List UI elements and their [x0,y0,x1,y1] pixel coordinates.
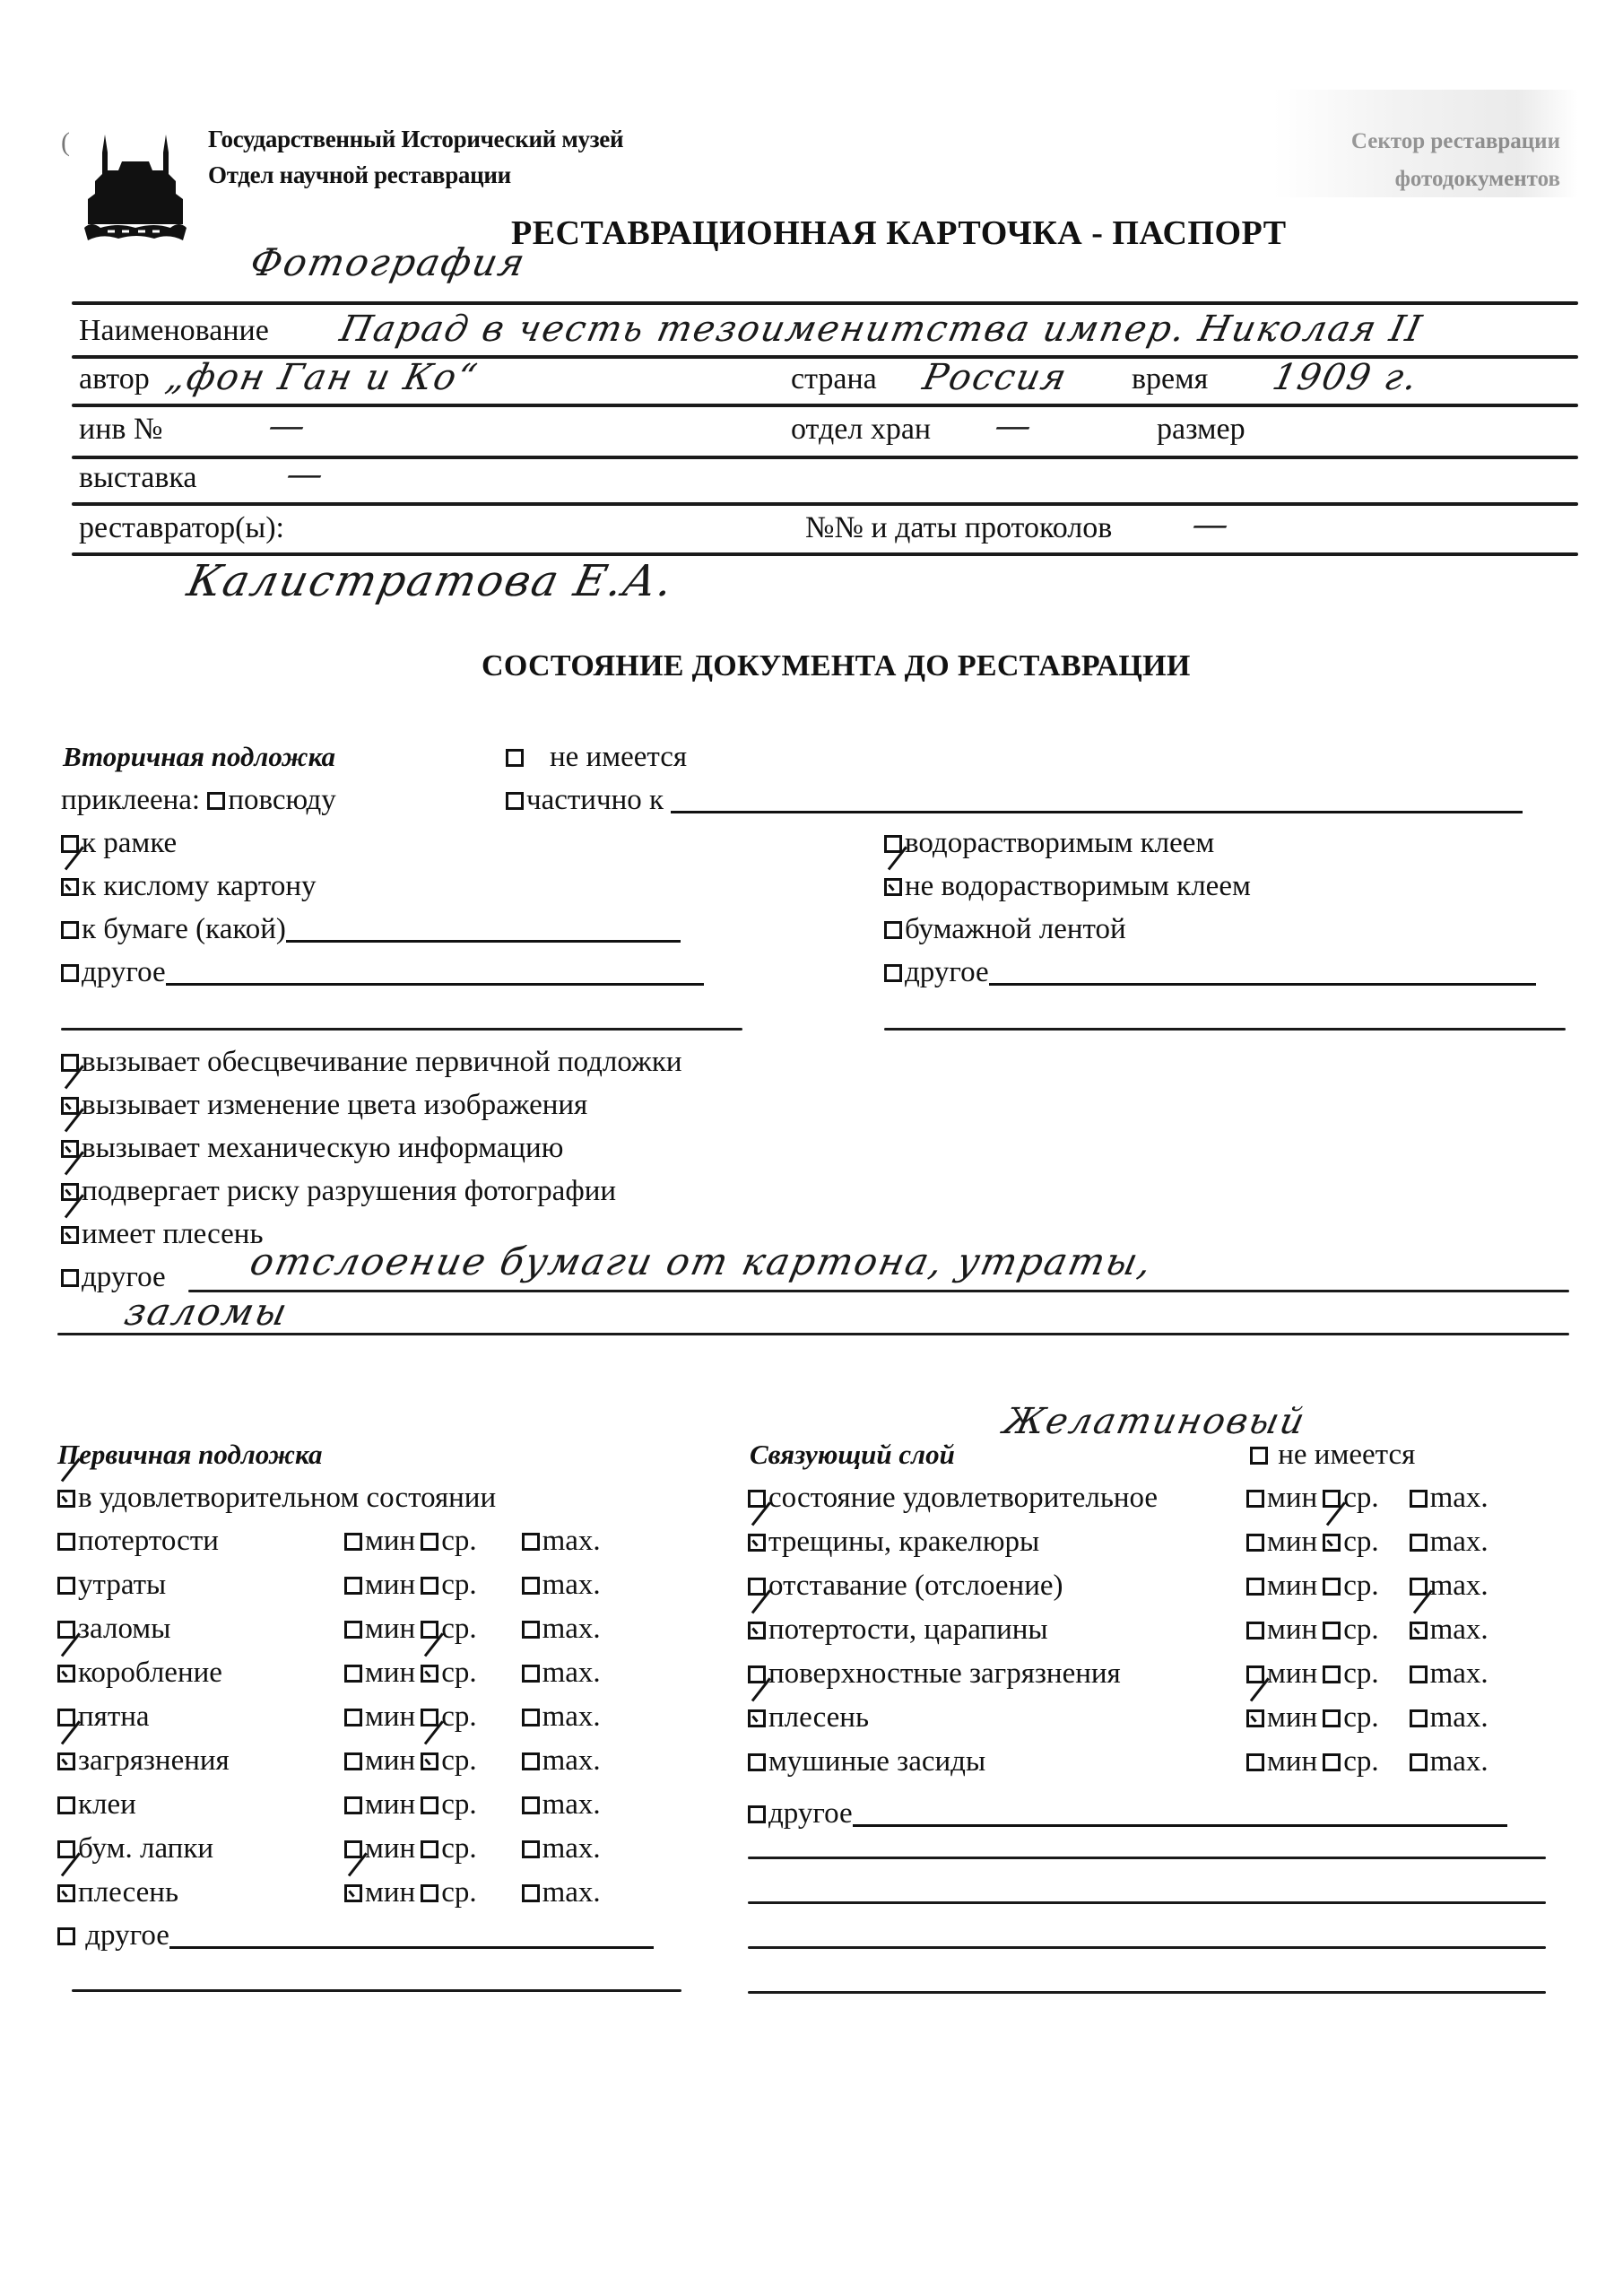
author-label: автор [79,362,150,396]
checkbox-label: клеи [78,1788,136,1822]
checkbox[interactable] [1323,1578,1341,1596]
checkbox-label: пятна [78,1700,150,1734]
severity-mid[interactable]: ср. [1323,1482,1378,1515]
primary-item-3[interactable]: коробление [57,1657,222,1690]
severity-max[interactable]: max. [522,1613,601,1646]
effect-2[interactable]: вызывает механическую информацию [61,1132,563,1165]
checkbox-label: к кислому картону [82,870,317,903]
checkbox[interactable] [1410,1709,1428,1727]
checkbox[interactable] [1246,1490,1264,1508]
text-field[interactable] [286,917,681,943]
severity-max[interactable]: max. [522,1657,601,1690]
severity-min[interactable]: мин [344,1876,415,1909]
secondary-not-present[interactable]: не имеется [506,741,687,774]
binder-item-5[interactable]: плесень [748,1701,869,1735]
author-field[interactable]: „фон Ган и Ко“ [162,357,482,398]
severity-min[interactable]: мин [1246,1482,1317,1515]
checkbox-label: коробление [78,1657,222,1690]
primary-item-5[interactable]: загрязнения [57,1744,230,1778]
effect-3[interactable]: подвергает риску разрушения фотографии [61,1175,616,1208]
restorer-field[interactable]: Калистратова Е.А. [183,556,679,606]
binder-other-field[interactable] [853,1801,1507,1827]
checkbox[interactable] [1323,1622,1341,1639]
text-field[interactable] [166,960,704,986]
checkbox[interactable] [57,1709,75,1726]
severity-min[interactable]: мин [344,1700,415,1734]
primary-mount-title: Первичная подложка [57,1439,322,1471]
checkbox[interactable] [748,1665,766,1683]
severity-levels: минср.max. [344,1525,601,1558]
binder-item-6[interactable]: мушиные засиды [748,1745,985,1779]
checkbox[interactable] [522,1840,540,1858]
severity-mid[interactable]: ср. [1323,1745,1378,1779]
margin-mark: ( [61,127,70,158]
severity-max[interactable]: max. [1410,1570,1488,1603]
severity-min[interactable]: мин [344,1832,415,1865]
severity-mid[interactable]: ср. [421,1613,476,1646]
museum-building-icon [82,135,188,244]
condition-title: СОСТОЯНИЕ ДОКУМЕНТА ДО РЕСТАВРАЦИИ [482,649,1191,683]
checkbox[interactable] [61,1183,79,1201]
secondary-mount-title: Вторичная подложка [63,741,335,773]
checkbox[interactable] [522,1884,540,1902]
checkbox-everywhere[interactable] [207,792,225,810]
severity-levels: минср.max. [1246,1526,1488,1559]
binder-item-2[interactable]: отставание (отслоение) [748,1570,1063,1603]
checkbox[interactable] [421,1796,438,1814]
checkbox-label: плесень [768,1701,869,1735]
checkbox[interactable] [1410,1534,1428,1552]
attached-3[interactable]: другое [61,956,704,989]
checkbox[interactable] [1246,1534,1264,1552]
checkbox[interactable] [344,1577,362,1595]
severity-max[interactable]: max. [1410,1613,1488,1647]
checkbox-label: бум. лапки [78,1832,213,1865]
checkbox[interactable] [61,835,79,853]
checkbox-label: вызывает механическую информацию [82,1132,563,1165]
severity-levels: минср.max. [1246,1657,1488,1691]
checkbox-label: потертости [78,1525,219,1558]
severity-max[interactable]: max. [1410,1526,1488,1559]
checkbox[interactable] [748,1753,766,1771]
binder-layer-title: Связующий слой [750,1439,955,1471]
effect-5[interactable]: другое [61,1261,166,1294]
checkbox-label: другое [905,956,989,989]
checkbox[interactable] [884,878,902,896]
severity-mid[interactable]: ср. [421,1832,476,1865]
inv-label: инв № [79,413,162,447]
checkbox[interactable] [1323,1490,1341,1508]
severity-max[interactable]: max. [522,1700,601,1734]
checkbox[interactable] [61,1140,79,1158]
severity-max[interactable]: max. [1410,1701,1488,1735]
checkbox[interactable] [57,1752,75,1770]
severity-levels: минср.max. [344,1613,601,1646]
checkbox[interactable] [421,1665,438,1683]
severity-min[interactable]: мин [1246,1701,1317,1735]
checkbox-label: водорастворимым клеем [905,827,1214,860]
checkbox-label: к бумаге (какой) [82,913,286,946]
checkbox[interactable] [421,1577,438,1595]
checkbox[interactable] [506,792,524,810]
primary-item-8[interactable]: плесень [57,1876,178,1909]
severity-max[interactable]: max. [522,1525,601,1558]
checkbox-label: мушиные засиды [768,1745,985,1779]
checkbox-label: плесень [78,1876,178,1909]
binder-other[interactable]: другое [748,1797,1507,1831]
checkbox-label: не водорастворимым клеем [905,870,1251,903]
attached-2[interactable]: к бумаге (какой) [61,913,681,946]
severity-mid[interactable]: ср. [1323,1701,1378,1735]
severity-max[interactable]: max. [522,1788,601,1822]
severity-max[interactable]: max. [522,1744,601,1778]
severity-max[interactable]: max. [1410,1482,1488,1515]
checkbox-label: поверхностные загрязнения [768,1657,1121,1691]
binder-not-present[interactable]: не имеется [1250,1439,1415,1472]
checkbox[interactable] [57,1621,75,1639]
checkbox-label: к рамке [82,827,177,860]
checkbox-label: заломы [78,1613,170,1646]
checkbox[interactable] [344,1709,362,1726]
partially-field[interactable] [671,787,1523,813]
severity-mid[interactable]: ср. [1323,1613,1378,1647]
checkbox[interactable] [522,1665,540,1683]
name-field[interactable]: Парад в честь тезоименитства импер. Нико… [336,309,1427,350]
checkbox[interactable] [421,1709,438,1726]
checkbox-label: утраты [78,1569,166,1602]
checkbox[interactable] [522,1577,540,1595]
severity-max[interactable]: max. [522,1876,601,1909]
checkbox[interactable] [1410,1578,1428,1596]
severity-min[interactable]: мин [1246,1526,1317,1559]
checkbox[interactable] [57,1665,75,1683]
severity-levels: минср.max. [344,1876,601,1909]
checkbox-label: отставание (отслоение) [768,1570,1063,1603]
checkbox[interactable] [748,1490,766,1508]
severity-min[interactable]: мин [1246,1613,1317,1647]
checkbox[interactable] [57,1796,75,1814]
checkbox[interactable] [61,878,79,896]
adhesive-0[interactable]: водорастворимым клеем [884,827,1214,860]
severity-mid[interactable]: ср. [421,1657,476,1690]
checkbox[interactable] [344,1752,362,1770]
checkbox-label: вызывает изменение цвета изображения [82,1089,587,1122]
dept-label: отдел хран [791,413,931,447]
checkbox[interactable] [522,1752,540,1770]
country-field[interactable]: Россия [919,357,1072,398]
severity-levels: минср.max. [344,1744,601,1778]
checkbox-label: состояние удовлетворительное [768,1482,1158,1515]
severity-min[interactable]: мин [1246,1745,1317,1779]
binder-item-4[interactable]: поверхностные загрязнения [748,1657,1121,1691]
checkbox[interactable] [522,1709,540,1726]
checkbox[interactable] [884,835,902,853]
primary-item-1[interactable]: утраты [57,1569,166,1602]
checkbox[interactable] [421,1533,438,1551]
checkbox[interactable] [522,1621,540,1639]
severity-levels: минср.max. [344,1700,601,1734]
checkbox[interactable] [421,1621,438,1639]
severity-min[interactable]: мин [344,1613,415,1646]
severity-min[interactable]: мин [344,1569,415,1602]
checkbox[interactable] [748,1578,766,1596]
severity-max[interactable]: max. [522,1832,601,1865]
checkbox[interactable] [1246,1709,1264,1727]
text-field[interactable] [989,960,1536,986]
scan-noise [1273,90,1578,197]
primary-other-field[interactable] [169,1923,654,1949]
checkbox[interactable] [344,1533,362,1551]
checkbox[interactable] [344,1796,362,1814]
checkbox[interactable] [748,1534,766,1552]
checkbox[interactable] [344,1884,362,1902]
checkbox[interactable] [1246,1665,1264,1683]
checkbox[interactable] [1246,1578,1264,1596]
restorers-label: реставратор(ы): [79,511,284,545]
inv-field[interactable]: — [265,405,311,447]
binder-item-0[interactable]: состояние удовлетворительное [748,1482,1158,1515]
binder-item-1[interactable]: трещины, кракелюры [748,1526,1039,1559]
checkbox[interactable] [344,1840,362,1858]
checkbox-label: трещины, кракелюры [768,1526,1039,1559]
checkbox[interactable] [57,1577,75,1595]
checkbox-label: загрязнения [78,1744,230,1778]
severity-levels: минср.max. [344,1569,601,1602]
page-title: РЕСТАВРАЦИОННАЯ КАРТОЧКА - ПАСПОРТ [511,213,1287,253]
checkbox[interactable] [61,921,79,939]
severity-mid[interactable]: ср. [1323,1526,1378,1559]
checkbox[interactable] [748,1805,766,1823]
time-label: время [1132,362,1208,396]
checkbox[interactable] [61,964,79,982]
severity-levels: минср.max. [1246,1570,1488,1603]
primary-item-7[interactable]: бум. лапки [57,1832,213,1865]
primary-item-6[interactable]: клеи [57,1788,136,1822]
severity-min[interactable]: мин [1246,1657,1317,1691]
severity-levels: минср.max. [1246,1745,1488,1779]
severity-mid[interactable]: ср. [421,1788,476,1822]
checkbox[interactable] [1323,1753,1341,1771]
binder-handwritten: Желатиновый [1000,1401,1309,1442]
severity-mid[interactable]: ср. [421,1744,476,1778]
severity-min[interactable]: мин [344,1525,415,1558]
checkbox-label: другое [82,1261,166,1294]
checkbox[interactable] [57,1490,75,1508]
checkbox[interactable] [884,921,902,939]
exhibition-label: выставка [79,461,197,495]
checkbox-label: другое [82,956,166,989]
checkbox[interactable] [1410,1753,1428,1771]
severity-levels: минср.max. [344,1832,601,1865]
size-label: размер [1157,413,1245,447]
checkbox[interactable] [1323,1534,1341,1552]
severity-levels: минср.max. [1246,1701,1488,1735]
checkbox[interactable] [1410,1490,1428,1508]
checkbox-label: вызывает обесцвечивание первичной подлож… [82,1046,682,1079]
checkbox[interactable] [57,1927,75,1945]
checkbox[interactable] [522,1533,540,1551]
checkbox[interactable] [344,1665,362,1683]
checkbox[interactable] [57,1884,75,1902]
severity-mid[interactable]: ср. [421,1525,476,1558]
checkbox[interactable] [1323,1709,1341,1727]
checkbox[interactable] [61,1226,79,1244]
severity-mid[interactable]: ср. [421,1700,476,1734]
severity-levels: минср.max. [1246,1482,1488,1515]
glued-partially[interactable]: частично к [506,784,1523,817]
binder-item-3[interactable]: потертости, царапины [748,1613,1048,1647]
severity-min[interactable]: мин [344,1657,415,1690]
severity-max[interactable]: max. [1410,1745,1488,1779]
checkbox[interactable] [506,749,524,767]
checkbox[interactable] [421,1840,438,1858]
checkbox[interactable] [748,1709,766,1727]
severity-min[interactable]: мин [344,1744,415,1778]
severity-max[interactable]: max. [1410,1657,1488,1691]
severity-mid[interactable]: ср. [421,1569,476,1602]
time-field[interactable]: 1909 г. [1269,357,1422,398]
checkbox[interactable] [61,1269,79,1287]
dept-field[interactable]: — [991,405,1037,447]
checkbox-label: подвергает риску разрушения фотографии [82,1175,616,1208]
protocols-label: №№ и даты протоколов [805,511,1112,545]
checkbox[interactable] [61,1097,79,1115]
adhesive-3[interactable]: другое [884,956,1536,989]
secondary-other-handwritten-2: заломы [121,1290,292,1334]
checkbox[interactable] [1410,1622,1428,1639]
effect-1[interactable]: вызывает изменение цвета изображения [61,1089,587,1122]
object-type-handwritten: Фотография [247,240,531,284]
country-label: страна [791,362,877,396]
checkbox[interactable] [884,964,902,982]
severity-min[interactable]: мин [1246,1570,1317,1603]
protocols-field[interactable]: — [1188,504,1235,545]
checkbox[interactable] [1246,1622,1264,1639]
adhesive-2[interactable]: бумажной лентой [884,913,1126,946]
effect-0[interactable]: вызывает обесцвечивание первичной подлож… [61,1046,682,1079]
severity-levels: минср.max. [344,1788,601,1822]
primary-item-0[interactable]: потертости [57,1525,219,1558]
org-department: Отдел научной реставрации [208,161,511,189]
severity-levels: минср.max. [1246,1613,1488,1647]
secondary-other-handwritten-1: отслоение бумаги от картона, утраты, [247,1239,1158,1283]
primary-other[interactable]: другое [57,1919,654,1952]
checkbox[interactable] [344,1621,362,1639]
checkbox[interactable] [57,1840,75,1858]
checkbox[interactable] [1250,1447,1268,1465]
checkbox[interactable] [421,1884,438,1902]
org-name: Государственный Исторический музей [208,126,623,153]
checkbox[interactable] [522,1796,540,1814]
checkbox[interactable] [57,1533,75,1551]
checkbox[interactable] [1246,1753,1264,1771]
checkbox[interactable] [748,1622,766,1639]
checkbox[interactable] [1410,1665,1428,1683]
glued-row: приклеена: повсюду [61,784,336,817]
severity-mid[interactable]: ср. [1323,1657,1378,1691]
checkbox[interactable] [421,1752,438,1770]
primary-satisfactory[interactable]: в удовлетворительном состоянии [57,1482,496,1515]
severity-min[interactable]: мин [344,1788,415,1822]
severity-levels: минср.max. [344,1657,601,1690]
exhibition-field[interactable]: — [282,454,329,495]
adhesive-1[interactable]: не водорастворимым клеем [884,870,1251,903]
checkbox[interactable] [61,1054,79,1072]
checkbox[interactable] [1323,1665,1341,1683]
severity-max[interactable]: max. [522,1569,601,1602]
effect-4[interactable]: имеет плесень [61,1218,264,1251]
checkbox-label: бумажной лентой [905,913,1126,946]
attached-1[interactable]: к кислому картону [61,870,317,903]
checkbox-label: имеет плесень [82,1218,264,1251]
name-label: Наименование [79,314,269,348]
severity-mid[interactable]: ср. [421,1876,476,1909]
checkbox-label: потертости, царапины [768,1613,1048,1647]
severity-mid[interactable]: ср. [1323,1570,1378,1603]
